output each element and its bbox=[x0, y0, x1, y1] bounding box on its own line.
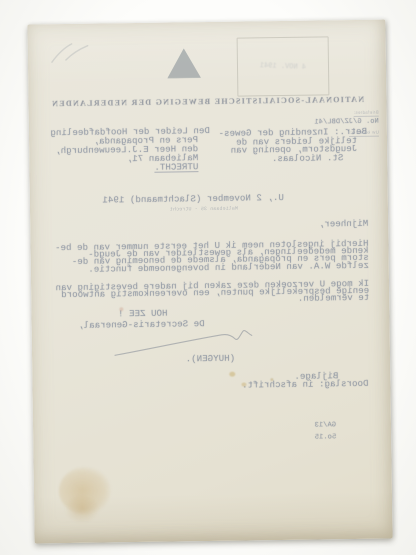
reference-number: No. G/JZ/DBL/41 bbox=[314, 119, 379, 127]
date-line: U., 2 November (Slachtmaand) 1941 bbox=[102, 195, 284, 205]
pencil-note-scribble bbox=[48, 38, 94, 69]
salutation: Mijnheer, bbox=[319, 221, 369, 229]
receipt-stamp-box: 4 NOV. 1941 bbox=[237, 36, 330, 96]
print-code: 5o.15 bbox=[315, 434, 337, 441]
field-label-briefadres: Briefadres: bbox=[354, 110, 379, 117]
body-line: zelfde W.A. van Nederland in bovengenoem… bbox=[88, 263, 369, 274]
stamp-date-text: 4 NOV. 1941 bbox=[260, 62, 306, 72]
showthrough-layer: 4 NOV. 1941 NATIONAAL-SOCIALISTISCHE BEW… bbox=[27, 20, 392, 544]
postscript-line: Doorslag: in afschrift. bbox=[242, 381, 369, 390]
closing-salute: HOU ZEE ! bbox=[118, 311, 168, 319]
print-code: GA/13 bbox=[314, 422, 336, 429]
signature-name: (HUYGEN). bbox=[186, 356, 236, 364]
date-note: Maliebaan 35 - Utrecht bbox=[170, 206, 238, 214]
body-line: te vermelden. bbox=[298, 295, 370, 303]
letter-paper-backside: 4 NOV. 1941 NATIONAAL-SOCIALISTISCHE BEW… bbox=[27, 20, 392, 544]
letterhead-title: NATIONAAL-SOCIALISTISCHE BEWEGING DER NE… bbox=[28, 95, 386, 109]
photo-of-document: 4 NOV. 1941 NATIONAAL-SOCIALISTISCHE BEW… bbox=[0, 0, 416, 555]
recipient-city: UTRECHT. bbox=[154, 164, 198, 173]
subject-line: St. Nicolaas. bbox=[272, 155, 344, 163]
nsb-triangle-emblem-icon bbox=[167, 48, 201, 78]
